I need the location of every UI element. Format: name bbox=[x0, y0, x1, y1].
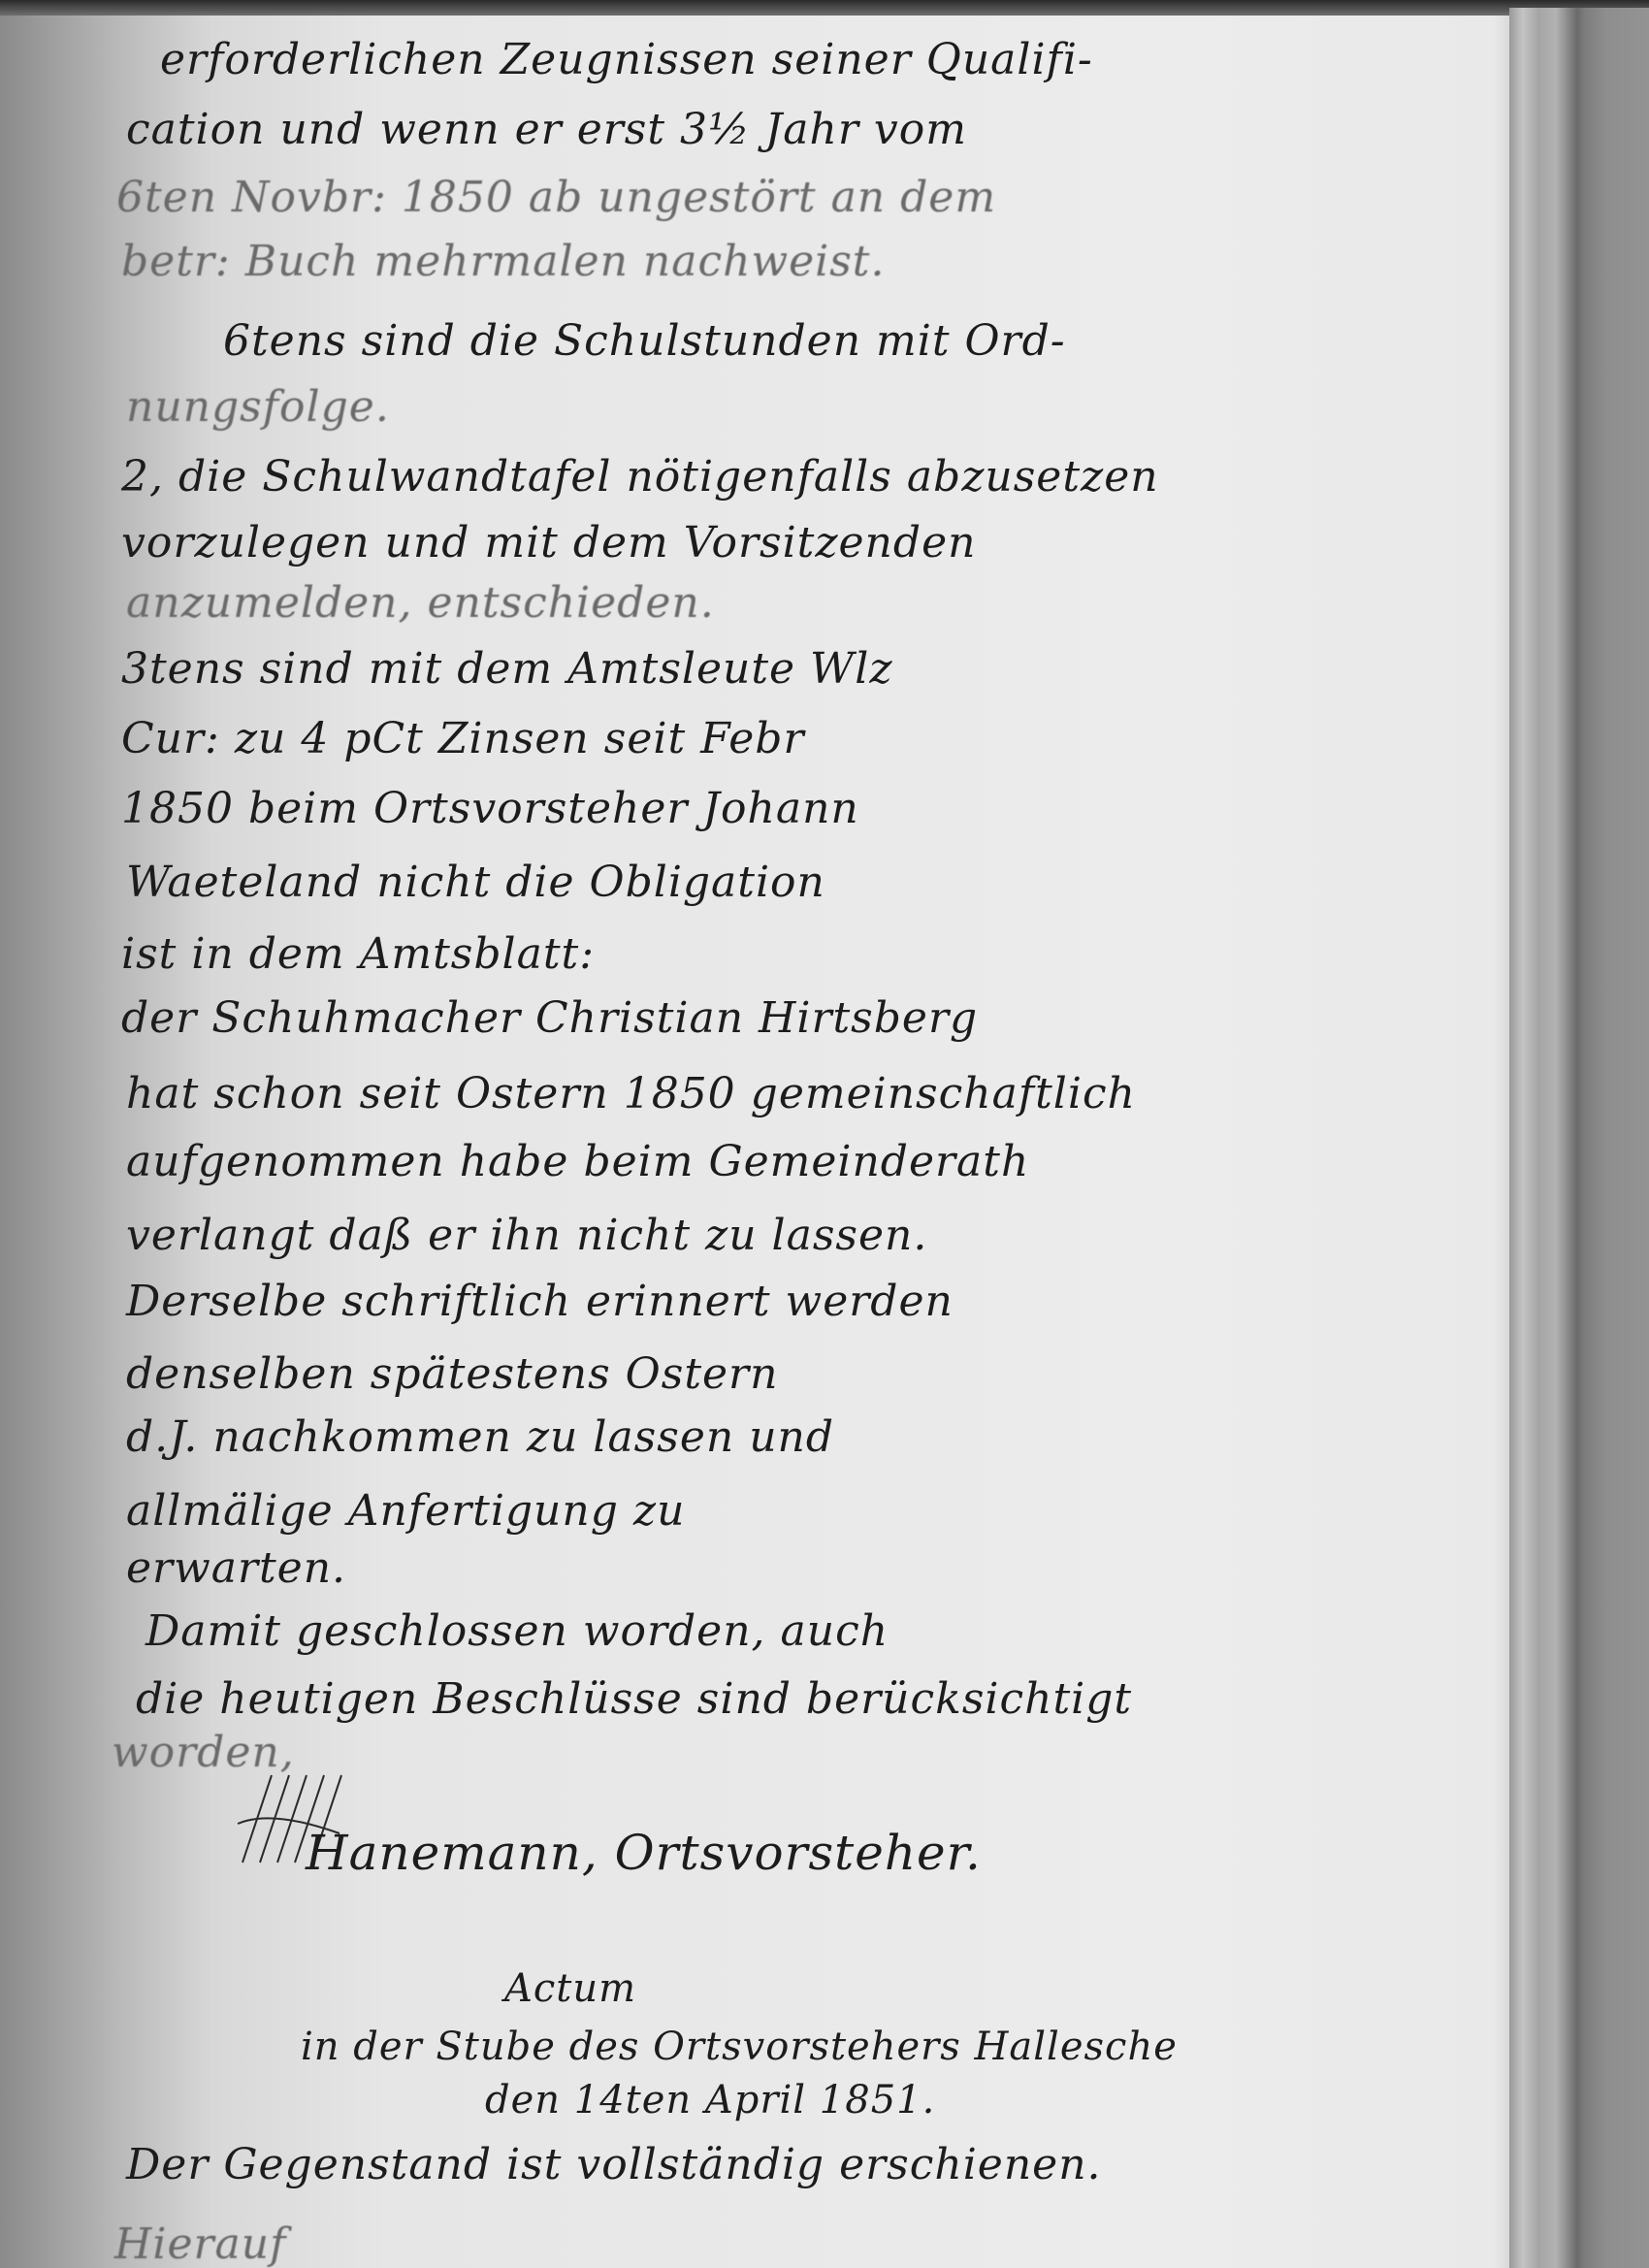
text-line: ist in dem Amtsblatt: bbox=[121, 933, 595, 976]
text-line: erforderlichen Zeugnissen seiner Qualifi… bbox=[160, 39, 1093, 81]
closing-line: Hierauf bbox=[114, 2223, 286, 2266]
text-line: denselben spätestens Ostern bbox=[126, 1353, 778, 1396]
text-line: cation und wenn er erst 3½ Jahr vom bbox=[126, 109, 967, 151]
text-line: Damit geschlossen worden, auch bbox=[145, 1610, 889, 1653]
text-line: verlangt daß er ihn nicht zu lassen. bbox=[126, 1215, 927, 1257]
heading-date: den 14ten April 1851. bbox=[485, 2081, 935, 2120]
text-line: 3tens sind mit dem Amtsleute Wlz bbox=[121, 648, 893, 691]
signature: Hanemann, Ortsvorsteher. bbox=[306, 1829, 982, 1877]
heading-place: in der Stube des Ortsvorstehers Hallesch… bbox=[301, 2027, 1178, 2066]
text-line: d.J. nachkommen zu lassen und bbox=[126, 1416, 834, 1459]
text-line: der Schuhmacher Christian Hirtsberg bbox=[121, 997, 978, 1040]
heading-title: Actum bbox=[504, 1969, 636, 2008]
text-line: 6ten Novbr: 1850 ab ungestört an dem bbox=[116, 177, 996, 219]
text-line: nungsfolge. bbox=[126, 386, 390, 429]
text-line: 2, die Schulwandtafel nötigenfalls abzus… bbox=[121, 456, 1159, 499]
text-line: vorzulegen und mit dem Vorsitzenden bbox=[121, 522, 976, 565]
text-line: anzumelden, entschieden. bbox=[126, 582, 715, 625]
text-line: Derselbe schriftlich erinnert werden bbox=[126, 1280, 954, 1323]
text-line: aufgenommen habe beim Gemeinderath bbox=[126, 1141, 1029, 1183]
text-line: Waeteland nicht die Obligation bbox=[126, 861, 825, 904]
text-line: allmälige Anfertigung zu bbox=[126, 1490, 685, 1533]
closing-line: Der Gegenstand ist vollständig erschiene… bbox=[126, 2144, 1102, 2187]
text-line: erwarten. bbox=[126, 1547, 346, 1590]
text-line: Cur: zu 4 pCt Zinsen seit Febr bbox=[121, 718, 804, 761]
text-line: 1850 beim Ortsvorsteher Johann bbox=[121, 788, 859, 830]
text-line: 6tens sind die Schulstunden mit Ord- bbox=[223, 320, 1066, 363]
book-binding-edge bbox=[1509, 8, 1649, 2268]
text-line: hat schon seit Ostern 1850 gemeinschaftl… bbox=[126, 1073, 1136, 1116]
text-line: betr: Buch mehrmalen nachweist. bbox=[121, 241, 885, 283]
page-top-edge bbox=[0, 0, 1649, 16]
text-line: die heutigen Beschlüsse sind berücksicht… bbox=[136, 1678, 1132, 1721]
